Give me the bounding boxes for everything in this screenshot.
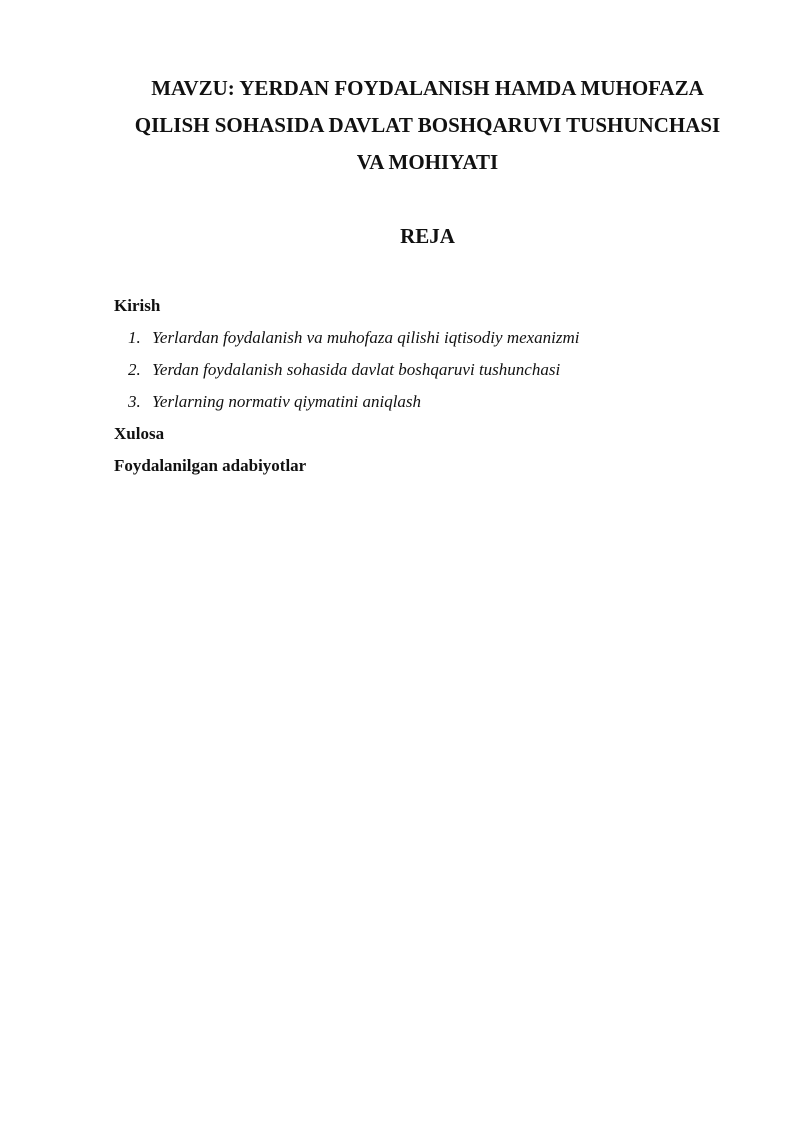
list-item: 3. Yerlarning normativ qiymatini aniqlas…	[114, 389, 580, 421]
section-conclusion: Xulosa	[114, 421, 580, 453]
title-line-2: QILISH SOHASIDA DAVLAT BOSHQARUVI TUSHUN…	[100, 107, 755, 144]
list-item: 2. Yerdan foydalanish sohasida davlat bo…	[114, 357, 580, 389]
document-title: MAVZU: YERDAN FOYDALANISH HAMDA MUHOFAZA…	[100, 70, 755, 181]
item-number: 3.	[128, 389, 152, 421]
plan-outline: Kirish 1. Yerlardan foydalanish va muhof…	[114, 293, 580, 485]
list-item: 1. Yerlardan foydalanish va muhofaza qil…	[114, 325, 580, 357]
item-text: Yerlarning normativ qiymatini aniqlash	[152, 389, 421, 421]
section-references: Foydalanilgan adabiyotlar	[114, 453, 580, 485]
item-text: Yerdan foydalanish sohasida davlat boshq…	[152, 357, 560, 389]
plan-heading: REJA	[0, 224, 800, 249]
title-line-3: VA MOHIYATI	[100, 144, 755, 181]
section-intro: Kirish	[114, 293, 580, 325]
item-number: 2.	[128, 357, 152, 389]
item-number: 1.	[128, 325, 152, 357]
item-text: Yerlardan foydalanish va muhofaza qilish…	[152, 325, 580, 357]
title-line-1: MAVZU: YERDAN FOYDALANISH HAMDA MUHOFAZA	[100, 70, 755, 107]
